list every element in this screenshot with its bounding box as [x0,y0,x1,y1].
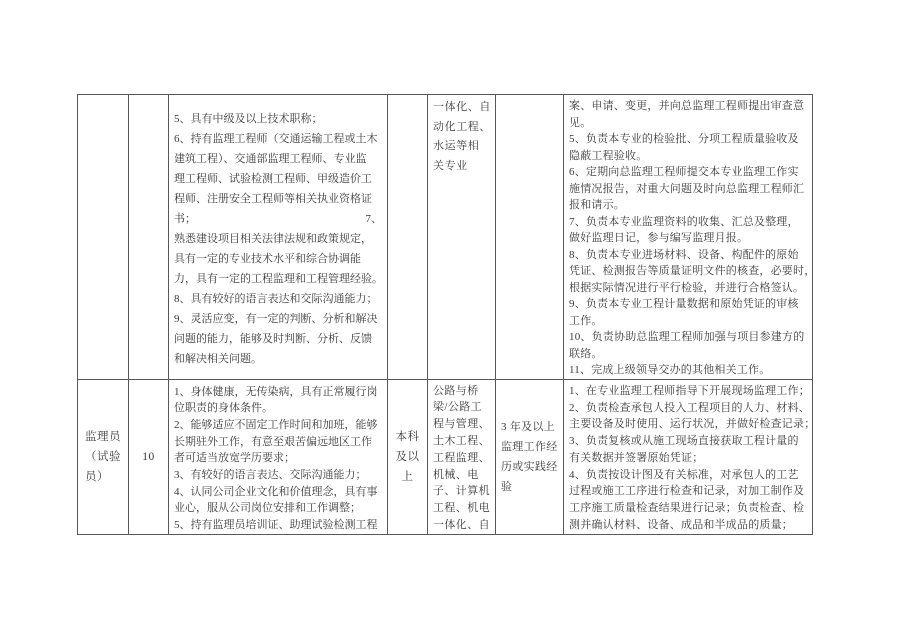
cell-line: 公路与桥 [433,383,492,400]
cell-line: 9、灵活应变，有一定的判断、分析和解决 [174,309,382,329]
position-cell: 监理员（试验员） [78,379,129,534]
cell-line: 动化工程、 [433,118,492,138]
cell-line: 5、具有中级及以上技术职称； [174,109,382,129]
cell-line: 报和请示。 [569,197,810,214]
cell-line: 关专业 [433,157,492,177]
duties-cell: 案、申请、变更，并向总监理工程师提出审查意见。5、负责本专业的检验批、分项工程质… [564,95,813,380]
table-row-continuation: 5、具有中级及以上技术职称；6、持有监理工程师（交通运输工程或土木建筑工程）、交… [78,95,813,380]
cell-line: 8、负责本专业进场材料、设备、构配件的原始 [569,247,810,264]
cell-line: 问题的能力，能够及时判断、分析、反馈 [174,329,382,349]
cell-line: 具有一定的专业技术水平和综合协调能 [174,249,382,269]
duties-text: 1、在专业监理工程师指导下开展现场监理工作；2、负责检查承包人投入工程项目的人力… [569,383,810,533]
cell-line: 7、负责本专业监理资料的收集、汇总及整理， [569,214,810,231]
cell-line: 程与管理、 [433,416,492,433]
cell-line: 测并确认材料、设备、成品和半成品的质量； [569,517,810,534]
headcount-cell [129,95,169,380]
position-text: 监理员（试验员） [85,427,121,487]
cell-line: 监理工作经 [501,437,560,457]
cell-line: 本科 [388,427,427,447]
table-row-supervisor-tester: 监理员（试验员） 10 1、身体健康，无传染病，具有正常履行岗位职责的身体条件。… [78,379,813,534]
duties-text: 案、申请、变更，并向总监理工程师提出审查意见。5、负责本专业的检验批、分项工程质… [569,98,810,379]
education-cell: 本科及以上 [388,379,428,534]
major-cell: 公路与桥梁/公路工程与管理、土木工程、工程监理、机械、电子、计算机工程、机电一体… [428,379,496,534]
experience-text: 3 年及以上监理工作经历或实践经验 [501,417,560,497]
cell-line: 一体化、自 [433,98,492,118]
cell-line: 工作。 [569,313,810,330]
experience-cell: 3 年及以上监理工作经历或实践经验 [496,379,564,534]
cell-line: 力，具有一定的工程监理和工程管理经验。 [174,269,382,289]
cell-line: 书；7、 [174,209,382,229]
cell-line: 3 年及以上 [501,417,560,437]
headcount-cell: 10 [129,379,169,534]
cell-line: 3、负责复核或从施工现场直接获取工程计量的 [569,433,810,450]
cell-line: 施情况报告，对重大问题及时向总监理工程师汇 [569,181,810,198]
cell-line: 业心，服从公司岗位安排和工作调整； [174,500,382,517]
cell-line: 联络。 [569,346,810,363]
cell-line: 根据实际情况进行平行检验，并进行合格签认。 [569,280,810,297]
cell-line: 3、有较好的语言表达、交际沟通能力； [174,467,382,484]
cell-line: 程师、注册安全工程师等相关执业资格证 [174,189,382,209]
cell-line: 案、申请、变更，并向总监理工程师提出审查意 [569,98,810,115]
cell-line: 验 [501,477,560,497]
cell-line: 4、负责按设计图及有关标准，对承包人的工艺 [569,467,810,484]
cell-line: 建筑工程）、交通部监理工程师、专业监 [174,149,382,169]
cell-line: 工程、机电 [433,500,492,517]
cell-line: 一体化、自 [433,517,492,534]
requirements-cell: 5、具有中级及以上技术职称；6、持有监理工程师（交通运输工程或土木建筑工程）、交… [169,95,388,380]
cell-line: 机械、电 [433,467,492,484]
cell-line: 及以 [388,447,427,467]
cell-line: 长期驻外工作，有意至艰苦偏远地区工作 [174,434,382,451]
cell-line: 8、具有较好的语言表达和交际沟通能力； [174,289,382,309]
cell-line: 梁/公路工 [433,399,492,416]
cell-line: 1、身体健康，无传染病，具有正常履行岗 [174,384,382,401]
requirements-text: 5、具有中级及以上技术职称；6、持有监理工程师（交通运输工程或土木建筑工程）、交… [174,109,382,369]
cell-line: 子、计算机 [433,483,492,500]
cell-line: 11、完成上级领导交办的其他相关工作。 [569,362,810,379]
education-cell [388,95,428,380]
cell-line: 9、负责本专业工程计量数据和原始凭证的审核 [569,296,810,313]
experience-cell [496,95,564,380]
cell-line: 主要设备及时使用、运行状况，并做好检查记录； [569,416,810,433]
cell-line: 隐蔽工程验收。 [569,148,810,165]
document-page: 5、具有中级及以上技术职称；6、持有监理工程师（交通运输工程或土木建筑工程）、交… [0,0,900,636]
cell-line: 熟悉建设项目相关法律法规和政策规定， [174,229,382,249]
cell-line: 5、持有监理员培训证、助理试验检测工程 [174,517,382,534]
major-text: 一体化、自动化工程、水运等相关专业 [433,98,492,176]
job-positions-table: 5、具有中级及以上技术职称；6、持有监理工程师（交通运输工程或土木建筑工程）、交… [77,94,813,535]
duties-cell: 1、在专业监理工程师指导下开展现场监理工作；2、负责检查承包人投入工程项目的人力… [564,379,813,534]
cell-line: 有关数据并签署原始凭证； [569,450,810,467]
major-text: 公路与桥梁/公路工程与管理、土木工程、工程监理、机械、电子、计算机工程、机电一体… [433,383,492,534]
cell-line: 4、认同公司企业文化和价值理念，具有事 [174,484,382,501]
cell-line: 见。 [569,115,810,132]
cell-line: 6、定期向总监理工程师提交本专业监理工作实 [569,164,810,181]
cell-line: 工序施工质量检查结果进行记录；负责检查、检 [569,500,810,517]
cell-line: 2、能够适应不固定工作时间和加班，能够 [174,417,382,434]
cell-line: 做好监理日记，参与编写监理月报。 [569,230,810,247]
cell-line: （试验 [85,447,121,467]
position-cell [78,95,129,380]
cell-line: 历或实践经 [501,457,560,477]
cell-line: 员） [85,467,121,487]
cell-line: 凭证、检测报告等质量证明文件的核查，必要时， [569,263,810,280]
cell-line: 10、负责协助总监理工程师加强与项目参建方的 [569,329,810,346]
cell-line: 过程或施工工序进行检查和记录，对加工制作及 [569,483,810,500]
cell-line: 上 [388,467,427,487]
cell-line: 水运等相 [433,137,492,157]
cell-line: 理工程师、试验检测工程师、甲级造价工 [174,169,382,189]
cell-line: 监理员 [85,427,121,447]
cell-line: 位职责的身体条件。 [174,400,382,417]
cell-line: 工程监理、 [433,450,492,467]
cell-line: 2、负责检查承包人投入工程项目的人力、材料、 [569,400,810,417]
major-cell: 一体化、自动化工程、水运等相关专业 [428,95,496,380]
requirements-text: 1、身体健康，无传染病，具有正常履行岗位职责的身体条件。2、能够适应不固定工作时… [174,384,382,534]
requirements-cell: 1、身体健康，无传染病，具有正常履行岗位职责的身体条件。2、能够适应不固定工作时… [169,379,388,534]
cell-line: 6、持有监理工程师（交通运输工程或土木 [174,129,382,149]
education-text: 本科及以上 [388,427,427,487]
cell-line: 1、在专业监理工程师指导下开展现场监理工作； [569,383,810,400]
cell-line: 和解决相关问题。 [174,349,382,369]
cell-line: 土木工程、 [433,433,492,450]
cell-line: 5、负责本专业的检验批、分项工程质量验收及 [569,131,810,148]
cell-line: 者可适当放宽学历要求； [174,450,382,467]
